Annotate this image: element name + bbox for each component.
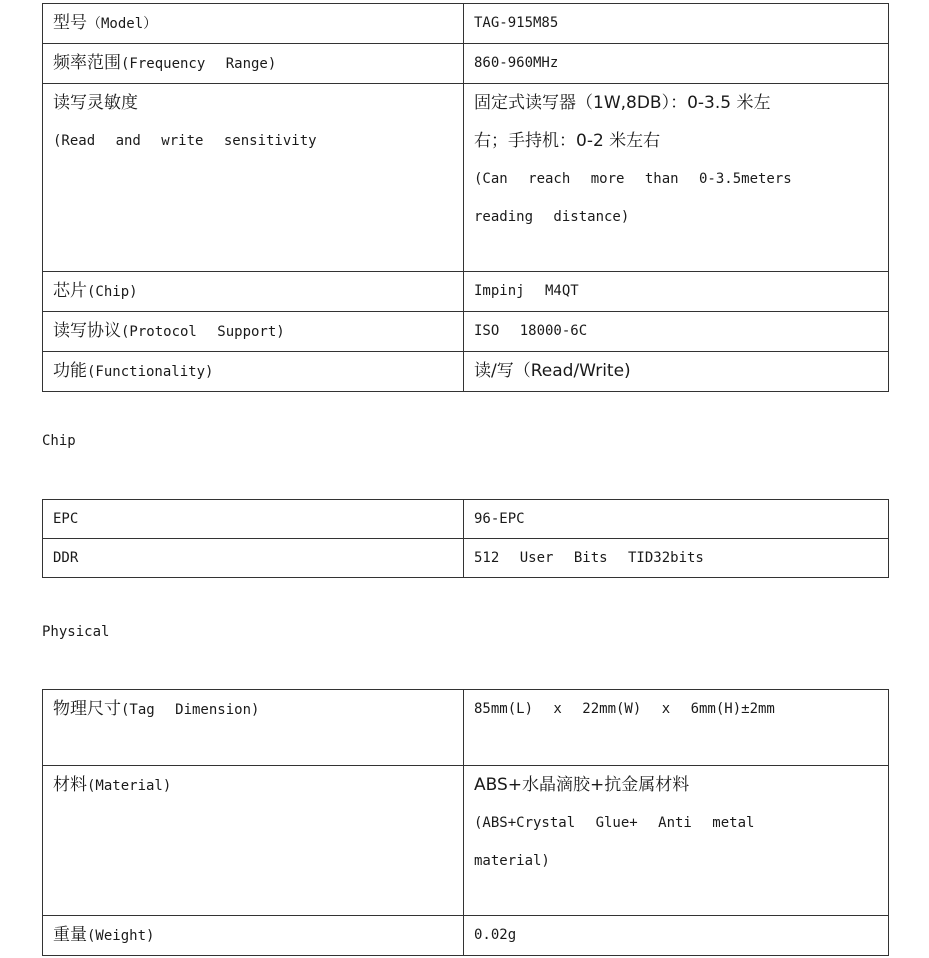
label-cn: 频率范围 [53,53,121,73]
label-en: (Frequency Range) [121,56,276,72]
value-text: Impinj M4QT [474,272,878,310]
table-row-ddr: DDR 512 User Bits TID32bits [43,539,889,578]
value-cell: ISO 18000-6C [464,312,889,352]
table-row-epc: EPC 96-EPC [43,500,889,539]
label-cn: 读写协议 [53,321,121,341]
label-cell: 功能(Functionality) [43,352,464,392]
value-text-cn-2: 右；手持机：0-2 米左右 [474,122,878,160]
value-cell: 固定式读写器（1W,8DB）：0-3.5 米左 右；手持机：0-2 米左右 (C… [464,84,889,272]
value-cell: Impinj M4QT [464,272,889,312]
value-text: 85mm(L) x 22mm(W) x 6mm(H)±2mm [474,690,878,728]
label-en: （Model） [87,16,157,32]
value-text: ISO 18000-6C [474,312,878,350]
value-text-en-1: (Can reach more than 0-3.5meters [474,160,878,198]
label-cell: 读写灵敏度 (Read and write sensitivity [43,84,464,272]
value-cell: TAG-915M85 [464,4,889,44]
label-cell: 频率范围(Frequency Range) [43,44,464,84]
label-cn: 型号 [53,13,87,33]
label-en: (Chip) [87,284,138,300]
label-en: (Material) [87,778,171,794]
spec-table-chip: EPC 96-EPC DDR 512 User Bits TID32bits [42,499,889,578]
label-cell: 物理尺寸(Tag Dimension) [43,690,464,766]
value-text-en-2: material) [474,842,878,880]
value-text-cn-1: 固定式读写器（1W,8DB）：0-3.5 米左 [474,84,878,122]
label-en: (Tag Dimension) [121,702,259,718]
value-cell: 860-960MHz [464,44,889,84]
table-row-dimension: 物理尺寸(Tag Dimension) 85mm(L) x 22mm(W) x … [43,690,889,766]
value-cell: 96-EPC [464,500,889,539]
label-cell: 材料(Material) [43,766,464,916]
value-text: 0.02g [474,916,878,954]
label-cn: 材料 [53,775,87,795]
value-text-cn: ABS+水晶滴胶+抗金属材料 [474,766,878,804]
section-heading-physical: Physical [42,624,109,640]
label-cn: 芯片 [53,281,87,301]
label-cn: 功能 [53,361,87,381]
table-row-material: 材料(Material) ABS+水晶滴胶+抗金属材料 (ABS+Crystal… [43,766,889,916]
table-row-protocol: 读写协议(Protocol Support) ISO 18000-6C [43,312,889,352]
table-row-model: 型号（Model） TAG-915M85 [43,4,889,44]
table-row-sensitivity: 读写灵敏度 (Read and write sensitivity 固定式读写器… [43,84,889,272]
label-cn: 物理尺寸 [53,699,121,719]
label-cell: DDR [43,539,464,578]
value-cell: 0.02g [464,916,889,956]
value-text-en-1: (ABS+Crystal Glue+ Anti metal [474,804,878,842]
table-row-functionality: 功能(Functionality) 读/写（Read/Write) [43,352,889,392]
table-row-chip: 芯片(Chip) Impinj M4QT [43,272,889,312]
label-en: (Weight) [87,928,154,944]
table-row-frequency-range: 频率范围(Frequency Range) 860-960MHz [43,44,889,84]
table-row-weight: 重量(Weight) 0.02g [43,916,889,956]
section-heading-chip: Chip [42,433,76,449]
value-cell: 512 User Bits TID32bits [464,539,889,578]
value-text: TAG-915M85 [474,4,878,42]
value-cell: 读/写（Read/Write) [464,352,889,392]
label-en: (Functionality) [87,364,213,380]
value-text-en-2: reading distance) [474,198,878,236]
spec-table-main: 型号（Model） TAG-915M85 频率范围(Frequency Rang… [42,3,889,392]
label-cn: 读写灵敏度 [53,84,453,122]
label-cell: 重量(Weight) [43,916,464,956]
label-en: (Read and write sensitivity [53,122,453,160]
value-cell: 85mm(L) x 22mm(W) x 6mm(H)±2mm [464,690,889,766]
label-cell: 型号（Model） [43,4,464,44]
label-cn: 重量 [53,925,87,945]
label-cell: EPC [43,500,464,539]
label-cell: 读写协议(Protocol Support) [43,312,464,352]
label-cell: 芯片(Chip) [43,272,464,312]
value-text: 860-960MHz [474,44,878,82]
value-text: 读/写（Read/Write) [474,352,878,390]
value-cell: ABS+水晶滴胶+抗金属材料 (ABS+Crystal Glue+ Anti m… [464,766,889,916]
label-en: (Protocol Support) [121,324,285,340]
spec-table-physical: 物理尺寸(Tag Dimension) 85mm(L) x 22mm(W) x … [42,689,889,956]
